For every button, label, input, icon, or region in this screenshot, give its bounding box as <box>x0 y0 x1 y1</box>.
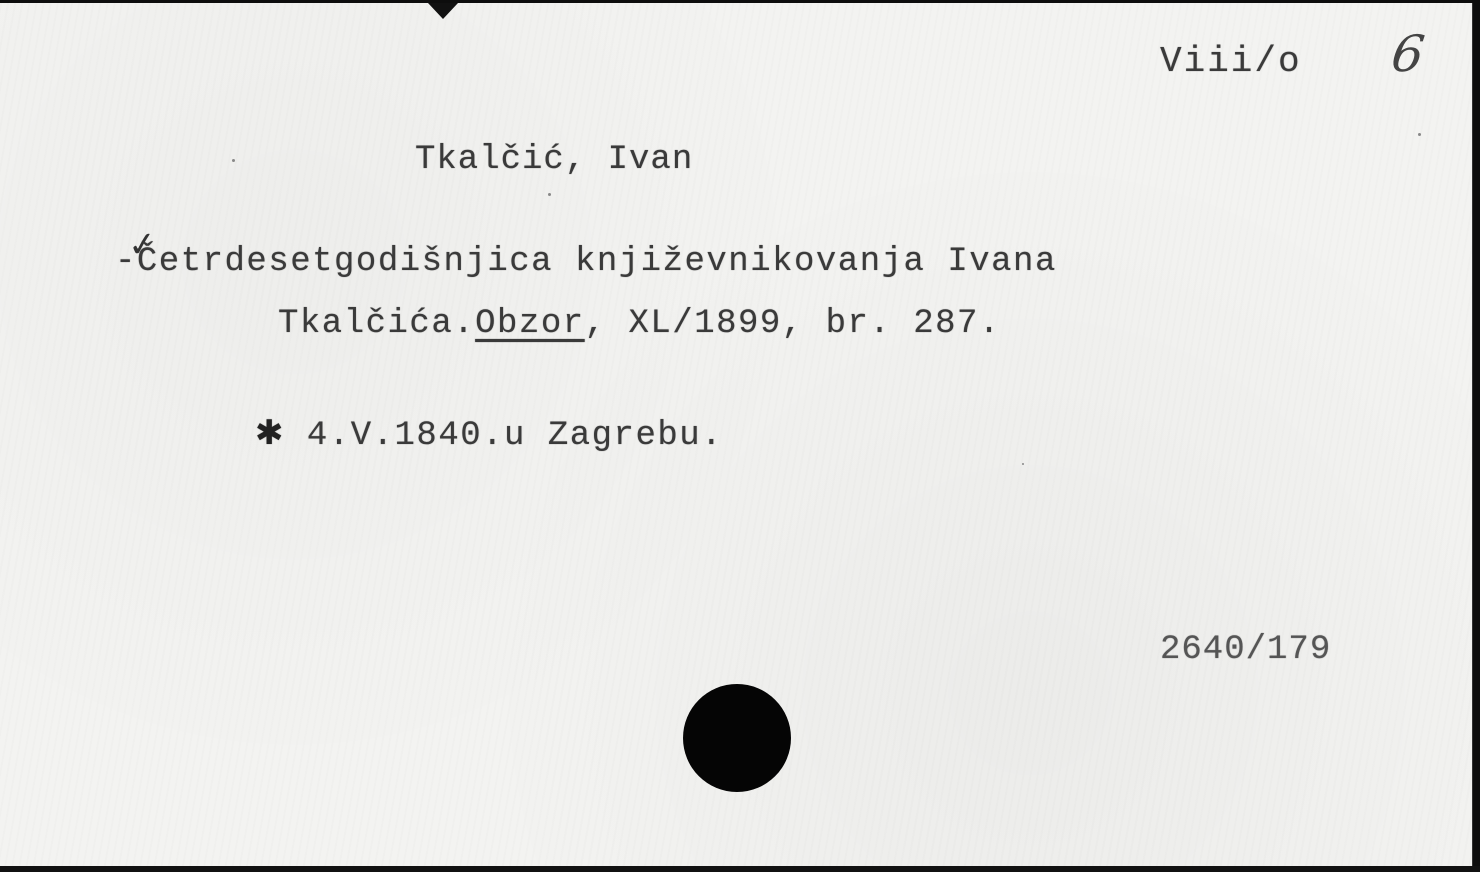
catalog-card: Viii/o 6 Tkalčić, Ivan ✓ -Četrdesetgodiš… <box>0 3 1473 866</box>
catalog-number: 2640/179 <box>1160 631 1331 669</box>
birth-note: ✱ 4.V.1840.u Zagrebu. <box>255 413 723 455</box>
birth-text: 4.V.1840.u Zagrebu. <box>285 417 723 455</box>
author-heading: Tkalčić, Ivan <box>415 141 693 179</box>
title-line-2: Tkalčića.Obzor, XL/1899, br. 287. <box>278 305 1001 343</box>
title-line-1: -Četrdesetgodišnjica književnikovanja Iv… <box>115 243 1057 281</box>
punch-hole <box>683 684 791 792</box>
speck <box>548 193 551 196</box>
speck <box>232 159 235 162</box>
speck <box>1022 463 1024 465</box>
journal-title: Obzor <box>475 305 585 343</box>
birth-star-icon: ✱ <box>255 413 285 453</box>
card-bottom-edge <box>0 866 1480 872</box>
speck <box>1418 133 1421 136</box>
shelfmark: Viii/o <box>1160 41 1302 82</box>
citation-details: , XL/1899, br. 287. <box>585 305 1001 343</box>
handwritten-number: 6 <box>1388 25 1428 83</box>
card-notch <box>428 3 458 19</box>
title-line-2-prefix: Tkalčića. <box>278 305 475 343</box>
